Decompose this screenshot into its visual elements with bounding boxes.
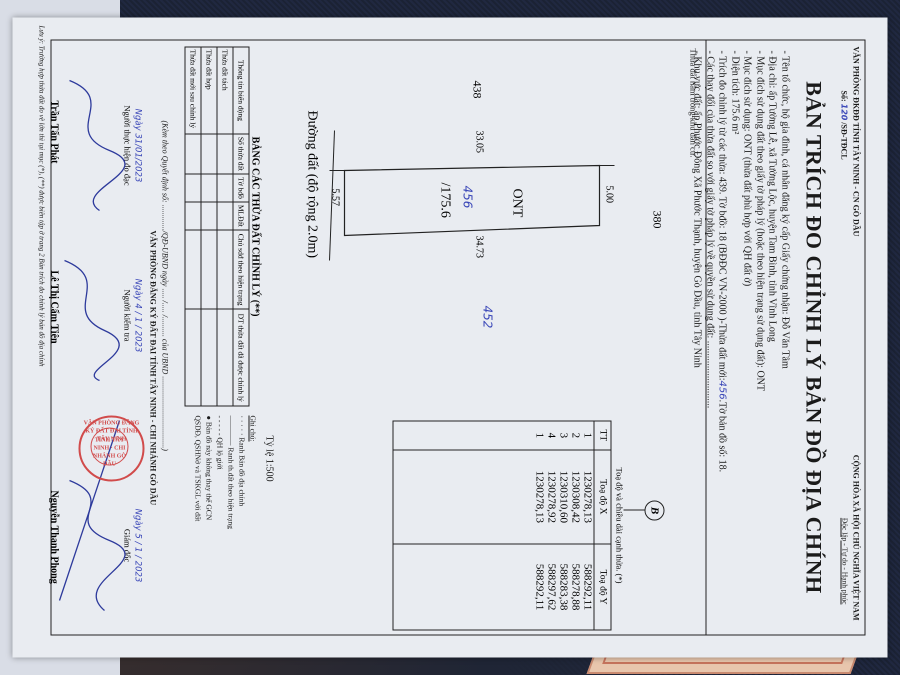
document-frame: VĂN PHÒNG ĐKĐĐ TỈNH TÂY NINH - CN GÒ DẦU… (51, 40, 866, 636)
legend-item: ● Bản đồ này không thay thế GCN (204, 416, 215, 529)
coordinate-row: 11230278,13588292,11 (534, 421, 546, 630)
row-label: Thửa đất tách (217, 47, 233, 134)
point-index: 3 (558, 421, 570, 450)
footnote: Lưu ý: Trường hợp thửa đất đo vẽ lớn thì… (38, 26, 46, 367)
map-scale: Tỷ lệ 1:500 (264, 436, 275, 482)
sign-date: Ngày 4 / 1 / 2023 (133, 231, 143, 401)
document-number: Số: 120 /SĐ-TĐCL (840, 91, 849, 160)
coordinate-row: 31230310,60588283,38 (558, 421, 570, 630)
residential-note: Thửa đất nằm trong khu dân cư. (689, 49, 699, 158)
coordinate-row: 41230278,92588297,62 (546, 421, 558, 630)
neighbor-parcel-438: 438 (470, 81, 485, 99)
road-label: Đường đất (độ rộng 2.0m) (304, 111, 320, 259)
registration-office: VĂN PHÒNG ĐĂNG KÝ ĐẤT ĐAI TỈNH TÂY NINH … (149, 231, 158, 506)
point-index: 1 (534, 421, 546, 450)
point-index: 2 (570, 421, 582, 450)
coordinate-row: 11230278,13588292,11 (582, 421, 595, 630)
stamp-center-text: TỈNH TÂY NINH · CHI NHÁNH GÒ DẦU (91, 428, 129, 466)
point-index: 1 (582, 421, 595, 450)
coord-y: 588278,88 (570, 544, 582, 630)
decision-reference: (Kèm theo Quyết định số: ............./Q… (161, 121, 170, 451)
coord-y: 588292,11 (534, 544, 546, 630)
info-purpose-docs: - Mục đích sử dụng đất theo giấy tờ pháp… (753, 51, 766, 473)
row-label: Thửa đất hợp (201, 47, 217, 134)
coord-y: 588292,11 (582, 544, 595, 630)
extract-text: - Trích đo chỉnh lý từ các thửa: 439. Tờ… (717, 51, 728, 381)
signature-scribbles (50, 41, 130, 641)
col-y: Toạ độ Y (594, 544, 611, 630)
col-x: Toạ độ X (594, 450, 611, 544)
col-change-info: Thông tin biến động (233, 47, 249, 134)
coord-x: 1230278,92 (546, 450, 558, 544)
point-index: 4 (546, 421, 558, 450)
edge-length-5-57: 5.57 (330, 189, 341, 207)
coordinates-table: Toạ độ và chiều dài cạnh thửa. (*) TT To… (393, 421, 625, 631)
col-tt: TT (594, 421, 611, 450)
director-name: Nguyễn Thanh Phong (49, 491, 60, 584)
number-suffix: /SĐ-TĐCL (840, 122, 849, 159)
info-address: - Địa chỉ: ấp Tường Lễ, xã Tường Lộc, hu… (766, 51, 779, 473)
coord-y: 588283,38 (558, 544, 570, 630)
number-handwritten: 120 (840, 104, 849, 121)
official-red-stamp: VĂN PHÒNG ĐĂNG KÝ ĐẤT ĐAI TỈNH TÂY NINH … (79, 416, 145, 482)
legend: Ghi chú: · · · · · Ranh Bản đồ địa chính… (193, 416, 259, 529)
new-parcel-handwritten: 456 (717, 381, 728, 400)
row-label: Thửa đất mới sau chỉnh lý (185, 47, 201, 134)
neighbor-parcel-380: 380 (650, 211, 665, 229)
coord-y: 588297,62 (546, 544, 558, 630)
col-land-type: MLĐất (233, 202, 249, 230)
sign-date: Ngày 5 / 1 / 2023 (133, 461, 143, 631)
table-row: Thửa đất hợp (201, 47, 217, 406)
info-owner: - Tên tổ chức, hộ gia đình, cá nhân đăng… (778, 51, 791, 473)
adjusted-parcels-table: BẢNG CÁC THỬA ĐẤT CHỈNH LÝ (**) Thông ti… (185, 47, 261, 407)
table-row: Thửa đất tách (217, 47, 233, 406)
divider (706, 41, 707, 635)
col-parcel-no: Số thửa đất (233, 134, 249, 174)
neighbor-parcel-452: 452 (481, 306, 495, 329)
coordinate-row: 21230308,42588278,88 (570, 421, 582, 630)
cadastral-extract-document: VĂN PHÒNG ĐKĐĐ TỈNH TÂY NINH - CN GÒ DẦU… (13, 18, 888, 658)
col-sheet: Tờ bđồ (233, 174, 249, 202)
parcel-area: /175.6 (437, 183, 453, 218)
north-arrow-icon: B (645, 501, 665, 521)
info-extract: - Trích đo chỉnh lý từ các thửa: 439. Tờ… (716, 51, 729, 473)
number-prefix: Số: (840, 91, 849, 102)
national-heading: CỘNG HÒA XÃ HỘI CHỦ NGHĨA VIỆT NAM (852, 455, 861, 621)
edge-length-34-73: 34.73 (474, 236, 485, 259)
legend-item: QSDĐ, QSHNở và TSKGL với đất (193, 416, 204, 529)
inspector-name: Lê Thị Cẩm Tiên (49, 271, 60, 344)
info-purpose: - Mục đích sử dụng: ONT (thửa đất phù hợ… (741, 51, 754, 473)
coord-x: 1230308,42 (570, 450, 582, 544)
parcel-sketch: 380 438 452 ONT 456 /175.6 33.05 34.73 5… (285, 71, 675, 411)
legend-item: · · · · · Ranh Bản đồ địa chính (237, 416, 248, 529)
land-use-code: ONT (509, 189, 525, 218)
col-owner: Chủ sdđ theo hiện trạng (233, 230, 249, 309)
edge-length-33-05: 33.05 (474, 131, 485, 154)
edge-length-5-00: 5.00 (604, 186, 615, 204)
coord-x: 1230278,13 (534, 450, 546, 544)
legend-item: ———— Ranh th.đất theo hiện trạng (226, 416, 237, 529)
parcel-number-handwritten: 456 (461, 186, 475, 209)
sign-date: Ngày 31/01/2023 (133, 61, 143, 231)
document-title: BẢN TRÍCH ĐO CHỈNH LÝ BẢN ĐỒ ĐỊA CHÍNH (801, 41, 827, 635)
col-area: DT thửa đất đã được chỉnh lý (233, 309, 249, 406)
legend-item: - - - - - QH lộ giới (215, 416, 226, 529)
coord-x: 1230310,60 (558, 450, 570, 544)
adjusted-parcels-caption: BẢNG CÁC THỬA ĐẤT CHỈNH LÝ (**) (250, 47, 261, 407)
issuing-office: VĂN PHÒNG ĐKĐĐ TỈNH TÂY NINH - CN GÒ DẦU (852, 47, 861, 237)
coordinates-caption: Toạ độ và chiều dài cạnh thửa. (*) (615, 421, 625, 631)
national-motto: Độc lập - Tự do - Hạnh phúc (841, 518, 850, 605)
legend-title: Ghi chú: (248, 416, 259, 529)
info-area: - Diện tích: 175.6 m² (728, 51, 741, 473)
table-row: Thửa đất mới sau chỉnh lý (185, 47, 201, 406)
surveyor-name: Trần Tấn Phát (49, 101, 60, 164)
coord-x: 1230278,13 (582, 450, 595, 544)
sheet-number: .Tờ bản đồ số: 18. (717, 400, 728, 473)
